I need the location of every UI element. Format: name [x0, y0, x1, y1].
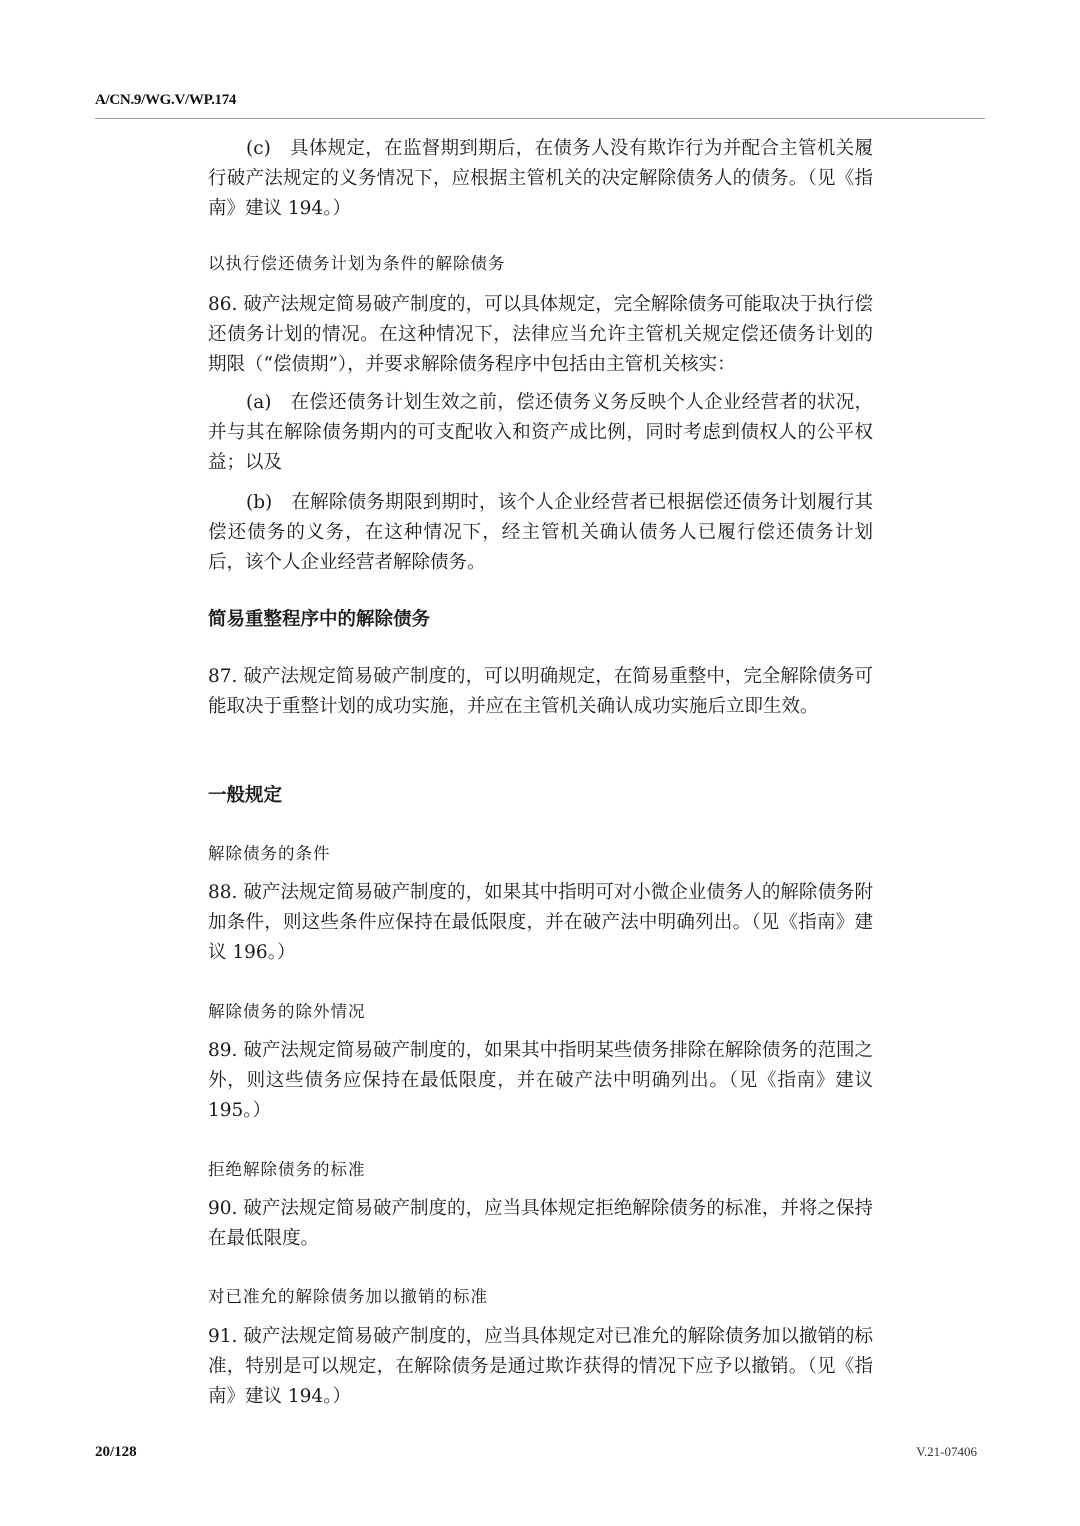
document-code: V.21-07406 [916, 1444, 977, 1460]
subheading-conditions: 解除债务的条件 [208, 842, 873, 866]
subheading-repayment-plan: 以执行偿还债务计划为条件的解除债务 [208, 252, 873, 276]
document-symbol: A/CN.9/WG.V/WP.174 [95, 92, 236, 109]
paragraph-85c: (c) 具体规定，在监督期到期后，在债务人没有欺诈行为并配合主管机关履行破产法规… [208, 134, 873, 224]
subheading-revocation: 对已准允的解除债务加以撤销的标准 [208, 1285, 873, 1309]
paragraph-86a: (a) 在偿还债务计划生效之前，偿还债务义务反映个人企业经营者的状况，并与其在解… [208, 388, 873, 478]
heading-reorganization: 简易重整程序中的解除债务 [208, 608, 873, 632]
subheading-exceptions: 解除债务的除外情况 [208, 1000, 873, 1024]
paragraph-86b: (b) 在解除债务期限到期时，该个人企业经营者已根据偿还债务计划履行其偿还债务的… [208, 488, 873, 578]
paragraph-87: 87. 破产法规定简易破产制度的，可以明确规定，在简易重整中，完全解除债务可能取… [208, 662, 873, 722]
header-divider [95, 118, 985, 119]
paragraph-91: 91. 破产法规定简易破产制度的，应当具体规定对已准允的解除债务加以撤销的标准，… [208, 1322, 873, 1412]
page-number: 20/128 [95, 1444, 137, 1461]
paragraph-88: 88. 破产法规定简易破产制度的，如果其中指明可对小微企业债务人的解除债务附加条… [208, 878, 873, 968]
paragraph-90: 90. 破产法规定简易破产制度的，应当具体规定拒绝解除债务的标准，并将之保持在最… [208, 1194, 873, 1254]
paragraph-86: 86. 破产法规定简易破产制度的，可以具体规定，完全解除债务可能取决于执行偿还债… [208, 290, 873, 380]
paragraph-89: 89. 破产法规定简易破产制度的，如果其中指明某些债务排除在解除债务的范围之外，… [208, 1036, 873, 1126]
heading-general-provisions: 一般规定 [208, 784, 873, 808]
subheading-refusal: 拒绝解除债务的标准 [208, 1158, 873, 1182]
